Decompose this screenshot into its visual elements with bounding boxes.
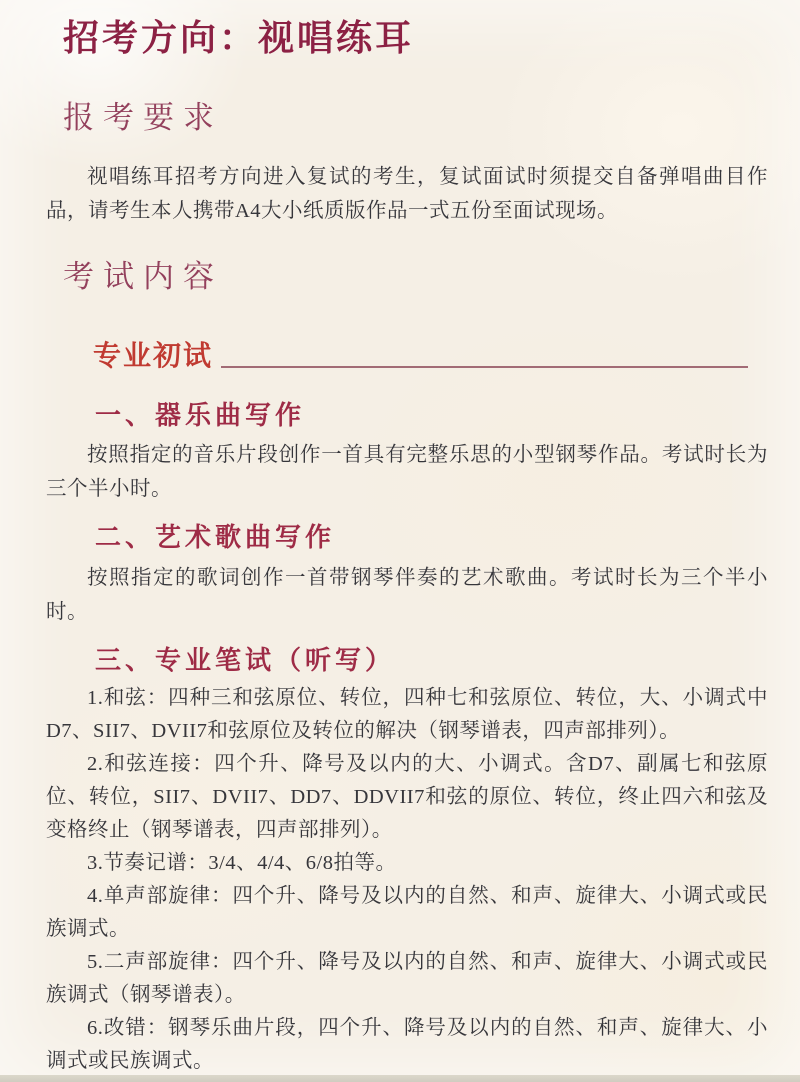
page-content: 招考方向：视唱练耳 报考要求 视唱练耳招考方向进入复试的考生，复试面试时须提交自…	[0, 0, 800, 1078]
part-2-heading: 二、艺术歌曲写作	[95, 522, 768, 553]
exam-content-heading: 考试内容	[63, 258, 768, 297]
requirements-paragraph: 视唱练耳招考方向进入复试的考生，复试面试时须提交自备弹唱曲目作品，请考生本人携带…	[46, 160, 768, 228]
part-2-paragraph: 按照指定的歌词创作一首带钢琴伴奏的艺术歌曲。考试时长为三个半小时。	[46, 561, 768, 629]
part-1-paragraph: 按照指定的音乐片段创作一首具有完整乐思的小型钢琴作品。考试时长为三个半小时。	[46, 438, 768, 506]
document-page: 招考方向：视唱练耳 报考要求 视唱练耳招考方向进入复试的考生，复试面试时须提交自…	[0, 0, 800, 1082]
written-exam-item-6: 6.改错：钢琴乐曲片段，四个升、降号及以内的自然、和声、旋律大、小调式或民族调式…	[46, 1012, 768, 1078]
written-exam-item-2: 2.和弦连接：四个升、降号及以内的大、小调式。含D7、副属七和弦原位、转位，SI…	[46, 748, 768, 847]
requirements-heading: 报考要求	[63, 99, 768, 138]
page-bottom-edge	[0, 1075, 800, 1082]
written-exam-item-5: 5.二声部旋律：四个升、降号及以内的自然、和声、旋律大、小调式或民族调式（钢琴谱…	[46, 946, 768, 1012]
written-exam-item-1: 1.和弦：四种三和弦原位、转位，四种七和弦原位、转位，大、小调式中D7、SII7…	[46, 682, 768, 748]
page-title: 招考方向：视唱练耳	[63, 16, 768, 59]
written-exam-item-3: 3.节奏记谱：3/4、4/4、6/8拍等。	[46, 847, 768, 880]
stage-row: 专业初试	[93, 339, 768, 373]
stage-underline-rule	[221, 366, 748, 368]
part-1-heading: 一、器乐曲写作	[95, 400, 768, 431]
stage-preliminary-label: 专业初试	[93, 339, 213, 373]
written-exam-item-4: 4.单声部旋律：四个升、降号及以内的自然、和声、旋律大、小调式或民族调式。	[46, 880, 768, 946]
part-3-heading: 三、专业笔试（听写）	[95, 645, 768, 676]
